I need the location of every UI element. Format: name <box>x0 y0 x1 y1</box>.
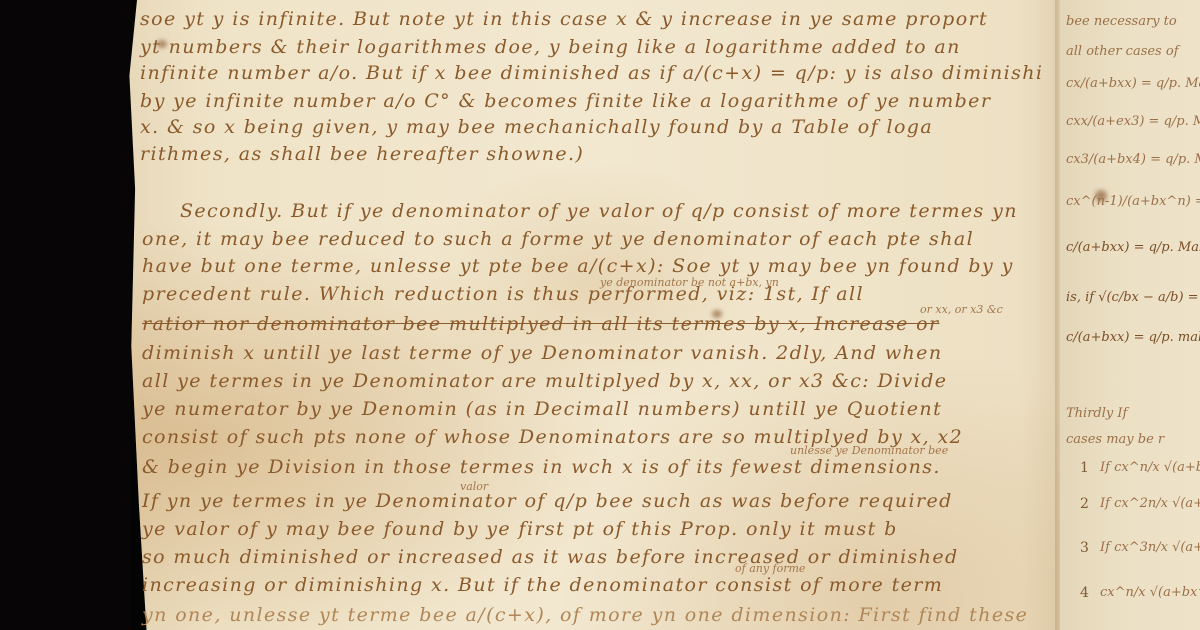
manuscript-line: & begin ye Division in those termes in w… <box>142 456 941 478</box>
margin-equation: If cx^2n/x √(a+bx^n) <box>1100 496 1200 511</box>
manuscript-line: all ye termes in ye Denominator are mult… <box>142 370 947 392</box>
manuscript-line: yn one, unlesse yt terme bee a/(c+x), of… <box>142 604 1028 626</box>
dark-background <box>0 0 130 630</box>
margin-note: all other cases of <box>1066 44 1179 59</box>
margin-case-number: 1 <box>1080 460 1089 476</box>
manuscript-line: diminish x untill ye last terme of ye De… <box>142 342 942 364</box>
margin-equation: c/(a+bxx) = q/p. Make <box>1066 240 1200 255</box>
margin-case-number: 2 <box>1080 496 1089 512</box>
manuscript-line: have but one terme, unlesse yt pte bee a… <box>142 255 1014 277</box>
margin-case-number: 4 <box>1080 585 1089 601</box>
manuscript-line-secondly: Secondly. But if ye denominator of ye va… <box>180 200 1018 222</box>
margin-equation: c/(a+bxx) = q/p. make <box>1066 330 1200 345</box>
margin-case-number: 3 <box>1080 540 1089 556</box>
manuscript-line: rithmes, as shall bee hereafter showne.) <box>140 143 584 165</box>
margin-equation: If cx^3n/x √(a+b <box>1100 540 1200 555</box>
manuscript-line: so much diminished or increased as it wa… <box>142 546 959 568</box>
manuscript-line: ye valor of y may bee found by ye first … <box>142 518 898 540</box>
margin-note: Thirdly If <box>1066 406 1127 421</box>
margin-equation: cx^n/x √(a+bx^2 <box>1100 585 1200 600</box>
manuscript-line: increasing or diminishing x. But if the … <box>142 574 943 596</box>
margin-equation: is, if √(c/bx − a/b) = q/p <box>1066 290 1200 305</box>
manuscript-line: yt numbers & their logarithmes doe, y be… <box>140 36 961 58</box>
struck-out-line: ratior nor denominator bee multiplyed in… <box>142 313 939 335</box>
margin-equation: cx3/(a+bx4) = q/p. Make <box>1066 152 1200 167</box>
margin-note: cases may be r <box>1066 432 1164 447</box>
margin-note: bee necessary to <box>1066 14 1177 29</box>
manuscript-line: If yn ye termes in ye Denominator of q/p… <box>142 490 953 512</box>
margin-equation: cx^(n-1)/(a+bx^n) = q/p. Make <box>1066 194 1200 209</box>
manuscript-line: precedent rule. Which reduction is thus … <box>142 283 864 305</box>
manuscript-line: infinite number a/o. But if x bee dimini… <box>140 62 1043 84</box>
manuscript-line: one, it may bee reduced to such a forme … <box>142 228 974 250</box>
manuscript-line: ye numerator by ye Denomin (as in Decima… <box>142 398 942 420</box>
margin-equation: cxx/(a+ex3) = q/p. Make <box>1066 114 1200 129</box>
margin-equation: cx/(a+bxx) = q/p. Make <box>1066 76 1200 91</box>
manuscript-line: x. & so x being given, y may bee mechani… <box>140 116 933 138</box>
manuscript-line: by ye infinite number a/o C° & becomes f… <box>140 90 991 112</box>
facing-page <box>1060 0 1200 630</box>
margin-equation: If cx^n/x √(a+bx^n) <box>1100 460 1200 475</box>
manuscript-line: soe yt y is infinite. But note yt in thi… <box>140 8 988 30</box>
